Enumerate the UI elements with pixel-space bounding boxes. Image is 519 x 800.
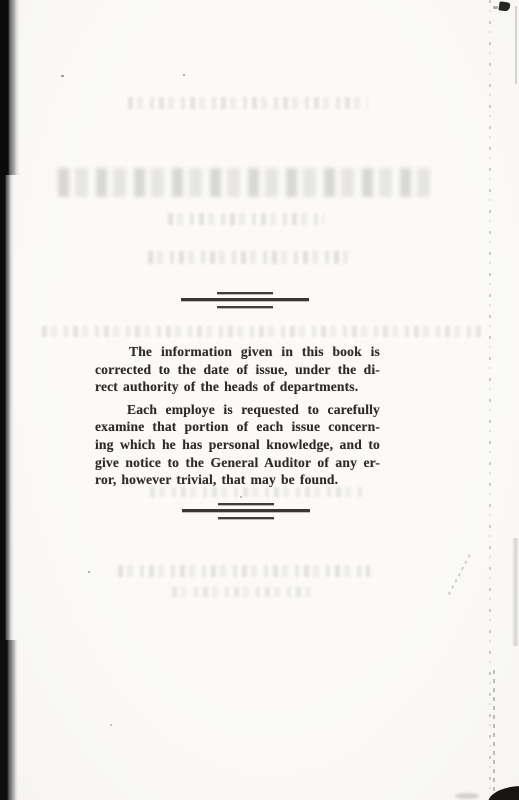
divider-line: [218, 517, 274, 519]
faded-ghost-text: [118, 565, 370, 577]
divider-line: [182, 509, 310, 512]
paragraph-line: Each employe is requested to carefully: [95, 401, 380, 419]
faded-ghost-text: [168, 213, 324, 225]
faded-ghost-title: [58, 168, 434, 197]
divider-line: [217, 292, 273, 294]
paragraph-line: The information given in this book is: [95, 343, 380, 361]
paragraph-line: give notice to the General Auditor of an…: [95, 454, 380, 472]
faded-ghost-text: [128, 97, 368, 109]
speck: [61, 75, 64, 77]
ornamental-divider-bottom: [182, 503, 310, 519]
paragraph: Each employe is requested to carefully e…: [95, 401, 380, 489]
top-right-stain: [498, 1, 510, 11]
scratch-mark: [447, 554, 470, 595]
faded-ghost-text: [172, 587, 318, 597]
speck: [183, 74, 185, 76]
scanned-page: The information given in this book is co…: [0, 0, 519, 800]
page-crease-bottom: [493, 670, 495, 800]
paragraph-line: ror, however trivial, that may be found.: [95, 471, 380, 489]
page-crease: [489, 0, 491, 800]
ornamental-divider-top: [181, 292, 309, 308]
paragraph-line: corrected to the date of issue, under th…: [95, 361, 380, 379]
faded-ghost-text: [148, 251, 348, 264]
faded-ghost-text: [42, 326, 484, 337]
speck: [110, 724, 112, 726]
speck: [240, 496, 242, 498]
divider-line: [181, 298, 309, 301]
binding-shadow-bottom: [0, 640, 18, 800]
page-body-text: The information given in this book is co…: [95, 343, 380, 489]
paragraph-line: rect authority of the heads of departmen…: [95, 378, 380, 396]
divider-line: [218, 503, 274, 505]
paragraph: The information given in this book is co…: [95, 343, 380, 396]
binding-shadow-top: [0, 0, 20, 175]
paragraph-line: examine that portion of each issue conce…: [95, 418, 380, 436]
bottom-right-smudge: [455, 793, 479, 799]
page-edge-shadow: [512, 538, 518, 646]
top-right-stain-tail: [493, 6, 498, 9]
divider-line: [217, 306, 273, 308]
paragraph-line: ing which he has personal knowledge, and…: [95, 436, 380, 454]
page-edge-shadow-top: [515, 6, 517, 84]
speck: [88, 571, 90, 573]
